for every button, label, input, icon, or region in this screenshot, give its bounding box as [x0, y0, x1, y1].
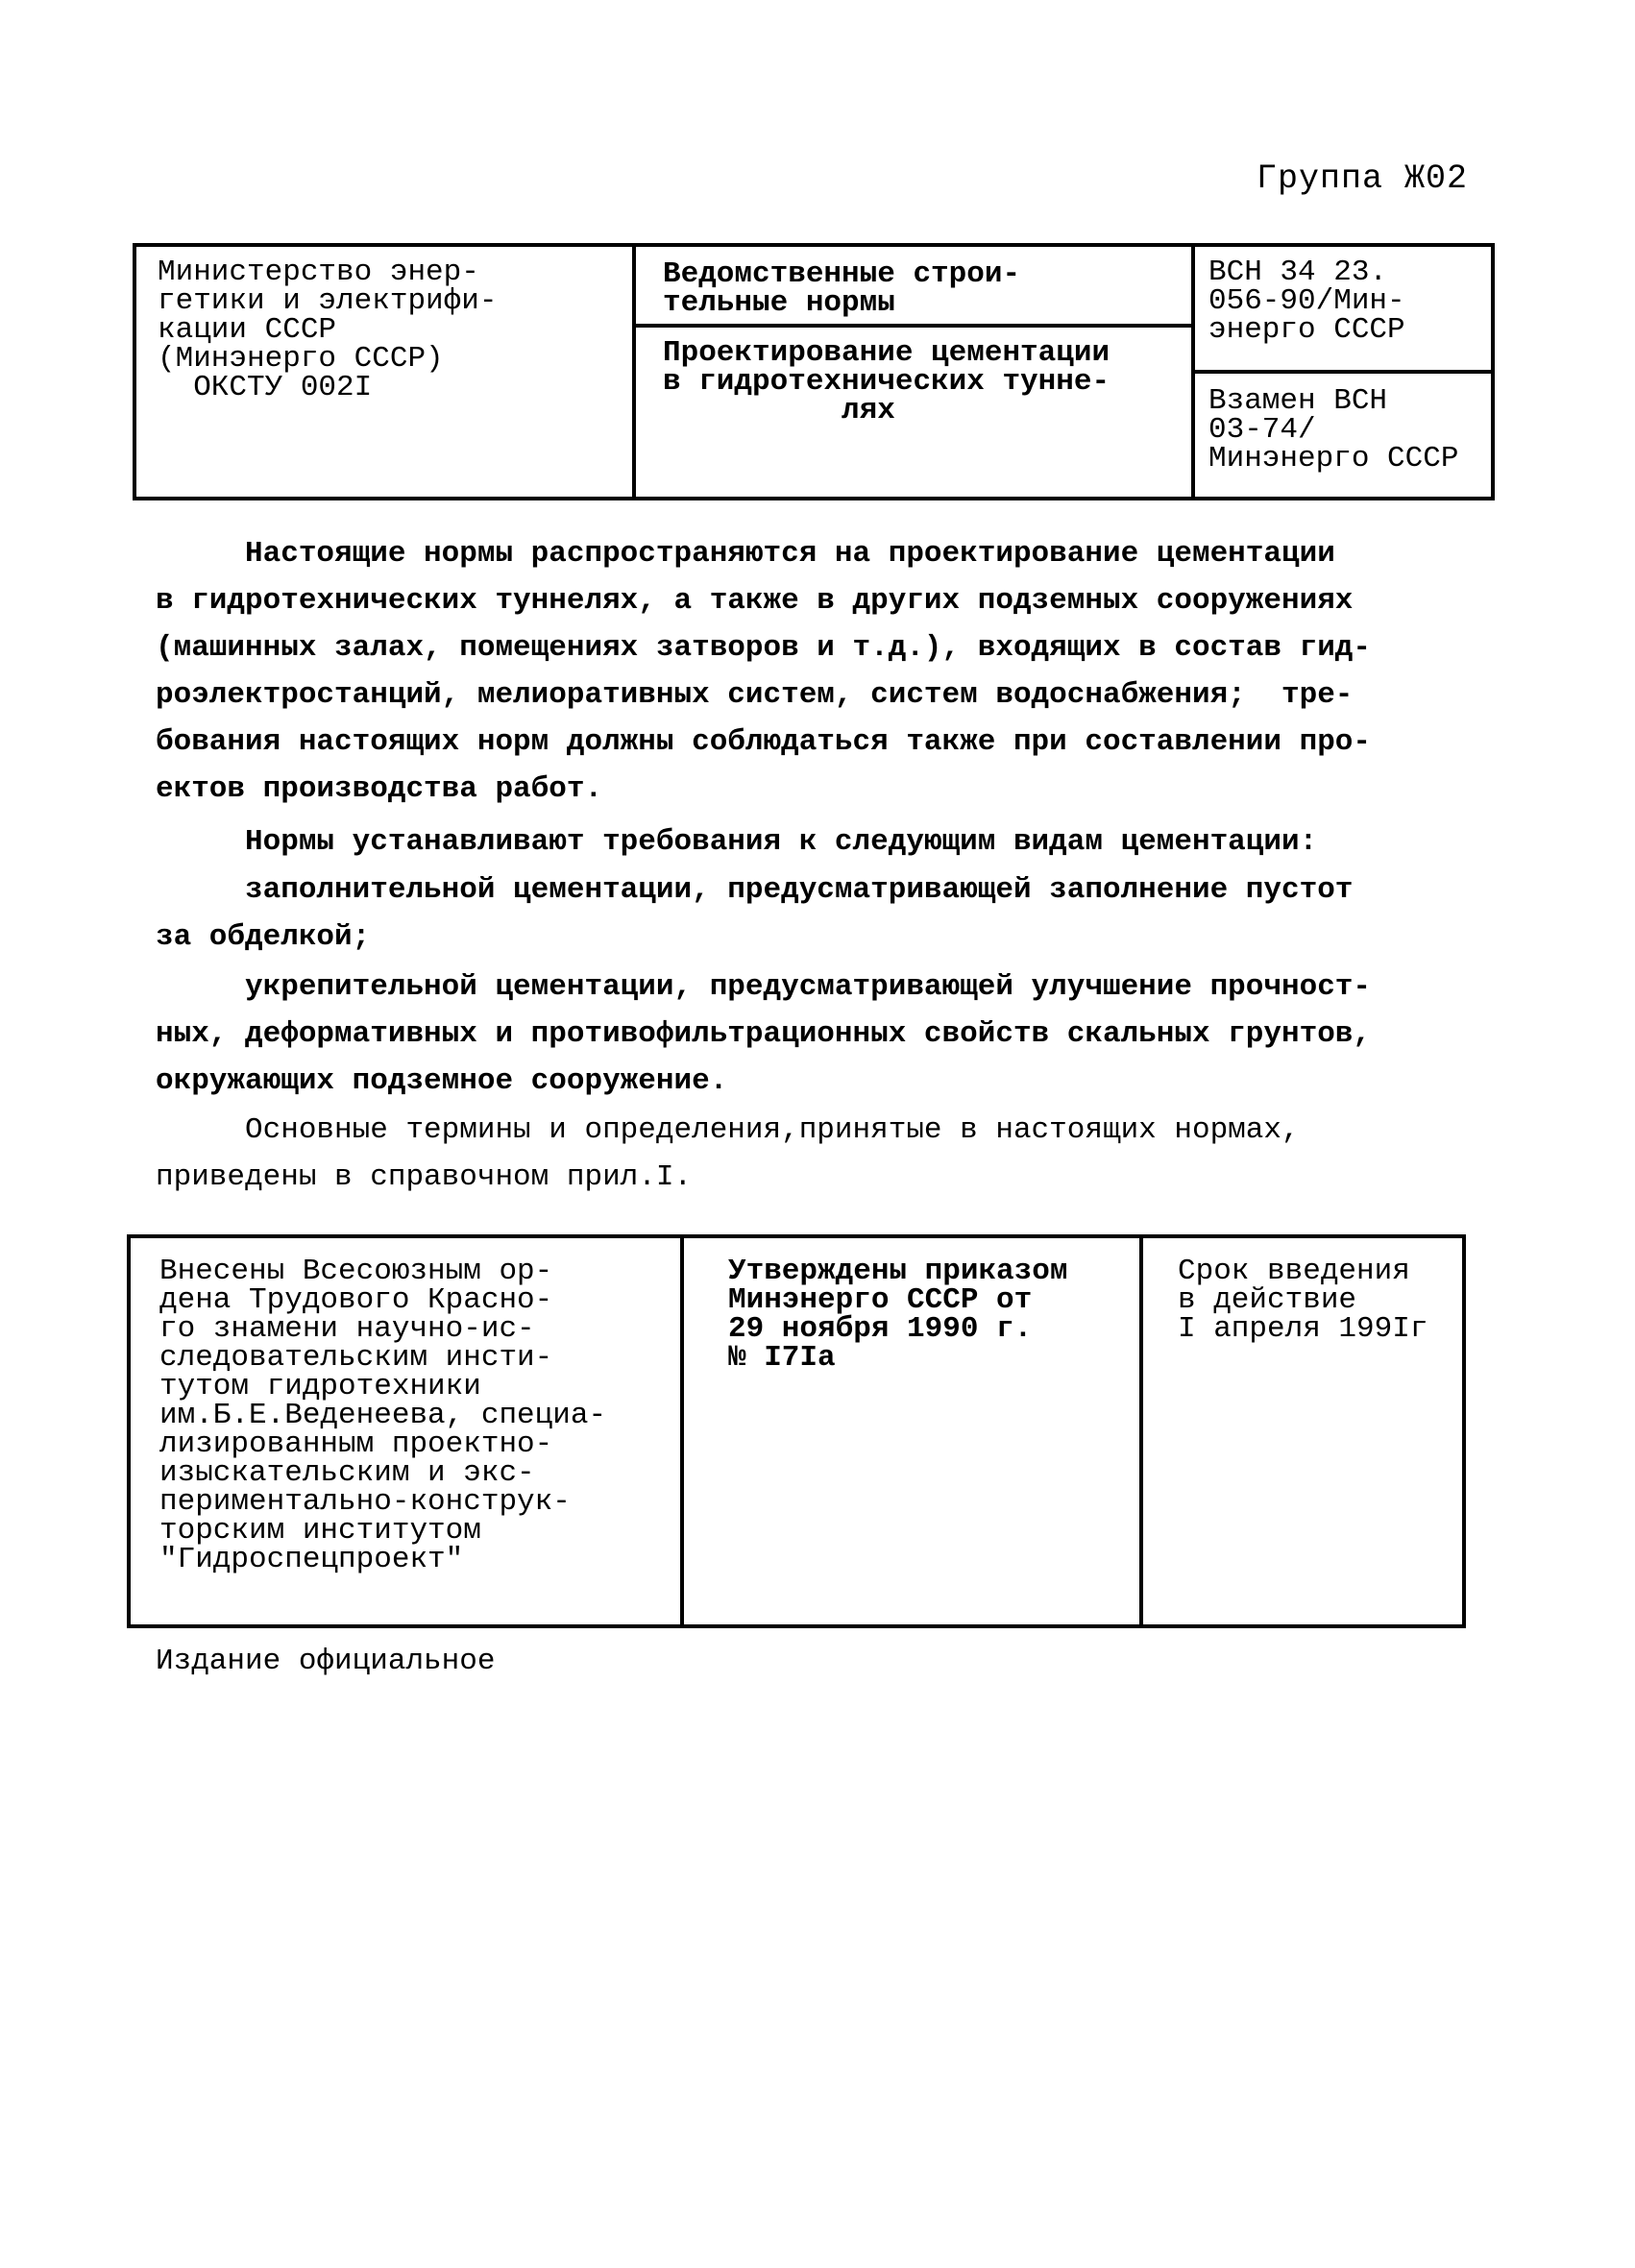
- doc-code-cell: ВСН 34 23. 056-90/Мин- энерго СССР: [1208, 258, 1405, 345]
- introduced-by-cell: Внесены Всесоюзным ор- дена Трудового Кр…: [159, 1257, 606, 1574]
- doc-title-cell: Проектирование цементации в гидротехниче…: [663, 339, 1110, 426]
- divider: [632, 247, 636, 497]
- effective-date-cell: Срок введения в действие I апреля 199Iг: [1178, 1257, 1428, 1344]
- ministry-cell: Министерство энер- гетики и электрифи- к…: [158, 258, 497, 402]
- paragraph-consolidation-grouting: укрепительной цементации, предусматриваю…: [156, 963, 1501, 1105]
- doc-type-cell: Ведомственные строи- тельные нормы: [663, 260, 1020, 318]
- approval-table: Внесены Всесоюзным ор- дена Трудового Кр…: [127, 1234, 1466, 1628]
- paragraph-terms: Основные термины и определения,принятые …: [156, 1107, 1501, 1201]
- approved-by-cell: Утверждены приказом Минэнерго СССР от 29…: [728, 1257, 1067, 1373]
- divider: [680, 1238, 684, 1624]
- edition-note: Издание официальное: [156, 1645, 495, 1678]
- paragraph-fill-grouting: заполнительной цементации, предусматрива…: [156, 866, 1501, 961]
- header-table: Министерство энер- гетики и электрифи- к…: [133, 243, 1495, 500]
- divider: [1191, 370, 1491, 374]
- replaces-cell: Взамен ВСН 03-74/ Минэнерго СССР: [1208, 387, 1458, 474]
- group-code: Группа Ж02: [1257, 159, 1468, 198]
- divider: [1139, 1238, 1143, 1624]
- divider: [632, 324, 1195, 328]
- paragraph-scope: Настоящие нормы распространяются на прое…: [156, 530, 1501, 813]
- paragraph-requirements: Нормы устанавливают требования к следующ…: [156, 818, 1501, 866]
